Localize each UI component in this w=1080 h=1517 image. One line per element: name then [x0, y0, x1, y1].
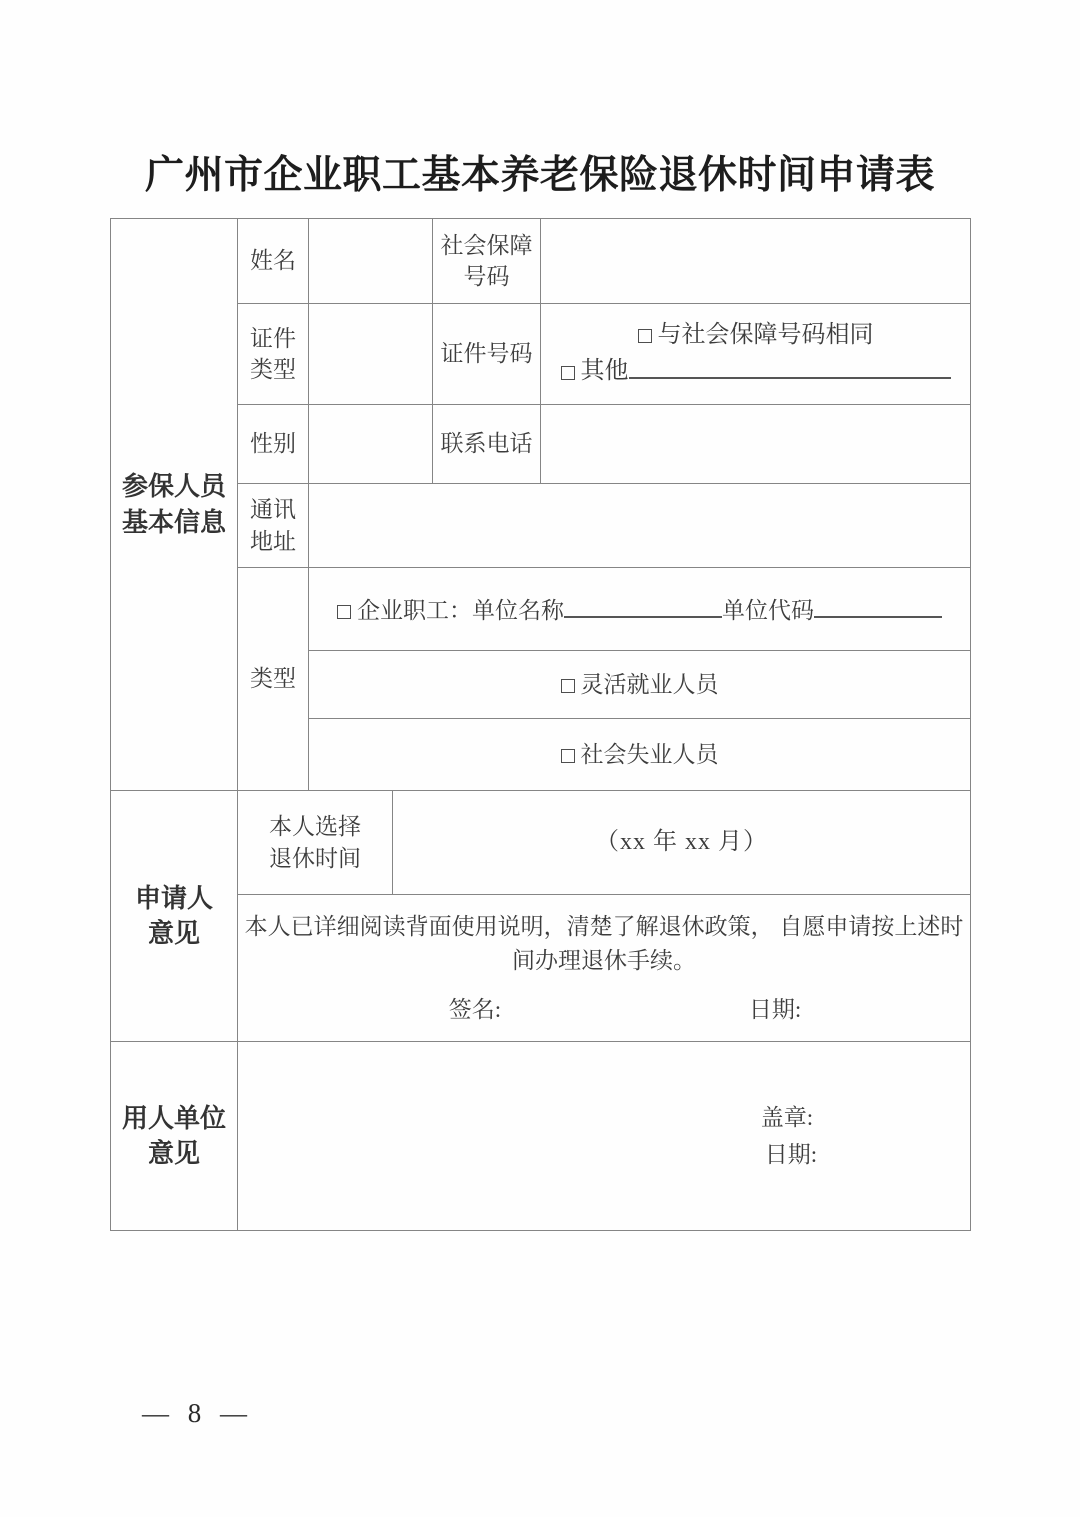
id-type-label-cell: 证件类型: [238, 304, 309, 405]
fill-in-line: [564, 592, 722, 618]
date-label: 日期:: [749, 997, 801, 1022]
id-number-label-cell: 证件号码: [433, 304, 541, 405]
applicant-statement: 本人已详细阅读背面使用说明，清楚了解退休政策， 自愿申请按上述时间办理退休手续。: [238, 910, 970, 978]
option-same-as-ssn: 与社会保障号码相同: [541, 320, 970, 351]
section-applicant-opinion-label: 申请人意见: [133, 881, 215, 951]
address-value-cell: [309, 484, 971, 568]
seal-label: 盖章:: [604, 1099, 970, 1136]
gender-value-cell: [309, 405, 433, 484]
id-type-label: 证件类型: [247, 323, 299, 385]
checkbox-icon: [561, 679, 575, 693]
section-employer-opinion-header: 用人单位意见: [111, 1042, 238, 1231]
ssn-label-cell: 社会保障号码: [433, 219, 541, 304]
section-insured-info-header: 参保人员基本信息: [111, 219, 238, 791]
id-number-options-cell: 与社会保障号码相同 其他: [541, 304, 971, 405]
section-insured-info-label: 参保人员基本信息: [120, 469, 228, 539]
option-other: 其他: [541, 351, 970, 387]
gender-label-cell: 性别: [238, 405, 309, 484]
page-title: 广州市企业职工基本养老保险退休时间申请表: [0, 144, 1080, 200]
type-label-cell: 类型: [238, 568, 309, 791]
employer-opinion-cell: 盖章: 日期:: [238, 1042, 971, 1231]
address-label-cell: 通讯地址: [238, 484, 309, 568]
fill-in-line: [629, 351, 951, 378]
ssn-value-cell: [541, 219, 971, 304]
page-number: — 8 —: [142, 1398, 253, 1429]
application-form-table: 参保人员基本信息 姓名 社会保障号码 证件类型 证件号码 与社会保障号码相同 其…: [110, 218, 971, 1231]
checkbox-icon: [337, 605, 351, 619]
checkbox-icon: [561, 366, 575, 380]
type-option-flexible-cell: 灵活就业人员: [309, 651, 971, 719]
type-option-flexible-label: 灵活就业人员: [581, 672, 719, 697]
phone-label-cell: 联系电话: [433, 405, 541, 484]
type-option-unemployed-cell: 社会失业人员: [309, 719, 971, 791]
retire-time-value-cell: （xx 年 xx 月）: [393, 791, 971, 895]
name-label-cell: 姓名: [238, 219, 309, 304]
signature-row: 签名: 日期:: [238, 994, 970, 1025]
option-other-label: 其他: [581, 359, 629, 385]
checkbox-icon: [638, 329, 652, 343]
document-page: 广州市企业职工基本养老保险退休时间申请表 参保人员基本信息 姓名 社会保障号码 …: [0, 0, 1080, 1517]
address-label: 通讯地址: [247, 494, 299, 556]
section-applicant-opinion-header: 申请人意见: [111, 791, 238, 1042]
option-same-as-ssn-label: 与社会保障号码相同: [658, 322, 874, 348]
retire-time-label: 本人选择退休时间: [267, 811, 363, 873]
section-employer-opinion-label: 用人单位意见: [120, 1101, 228, 1171]
name-value-cell: [309, 219, 433, 304]
fill-in-line: [814, 592, 942, 618]
type-option-employee-label: 企业职工：: [357, 598, 472, 623]
retire-time-label-cell: 本人选择退休时间: [238, 791, 393, 895]
type-option-employee-cell: 企业职工：单位名称单位代码: [309, 568, 971, 651]
type-option-unemployed-label: 社会失业人员: [581, 742, 719, 767]
applicant-statement-cell: 本人已详细阅读背面使用说明，清楚了解退休政策， 自愿申请按上述时间办理退休手续。…: [238, 895, 971, 1042]
id-type-value-cell: [309, 304, 433, 405]
retire-time-value: （xx 年 xx 月）: [595, 829, 768, 855]
ssn-label: 社会保障号码: [439, 230, 535, 292]
unit-name-label: 单位名称: [472, 598, 564, 623]
phone-value-cell: [541, 405, 971, 484]
employer-date-label: 日期:: [612, 1136, 970, 1173]
signature-label: 签名:: [449, 997, 501, 1022]
unit-code-label: 单位代码: [722, 598, 814, 623]
checkbox-icon: [561, 749, 575, 763]
